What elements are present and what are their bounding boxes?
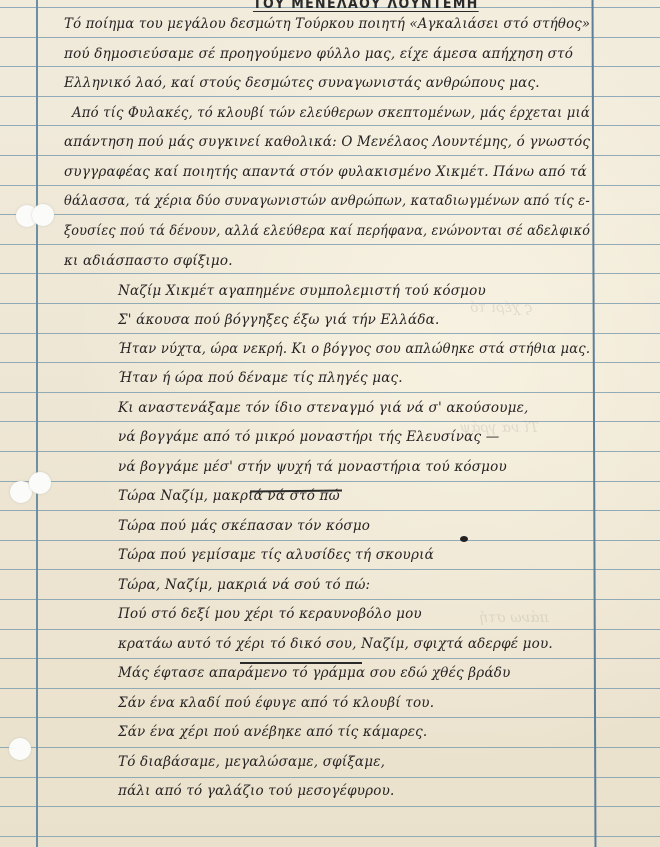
poem-line: Σ' άκουσα πού βόγγηξες έξω γιά τήν Ελλάδ… (118, 312, 439, 328)
ruled-line (0, 185, 660, 186)
ink-blot (460, 536, 468, 542)
poem-line: Τώρα πού γεμίσαμε τίς αλυσίδες τή σκουρι… (118, 547, 434, 563)
poem-line: κρατάω αυτό τό χέρι τό δικό σου, Ναζίμ, … (118, 636, 553, 652)
ruled-line (0, 96, 660, 97)
poem-line: Τώρα, Ναζίμ, μακριά νά σού τό πώ: (118, 577, 370, 593)
punch-hole (32, 204, 54, 226)
poem-line: Σάν ένα κλαδί πού έφυγε από τό κλουβί το… (118, 695, 434, 711)
poem-line: νά βογγάμε από τό μικρό μοναστήρι τής Ελ… (118, 429, 499, 445)
ruled-line (0, 214, 660, 215)
prose-line: συγγραφέας καί ποιητής απαντά στόν φυλακ… (64, 164, 587, 180)
punch-hole (29, 472, 51, 494)
ruled-line (0, 481, 660, 482)
ruled-line (0, 37, 660, 38)
poem-line: Ναζίμ Χικμέτ αγαπημένε συμπολεμιστή τού … (118, 283, 486, 299)
punch-hole (9, 738, 31, 760)
poem-line: πάλι από τό γαλάζιο τού μεσογέφυρου. (118, 783, 395, 799)
ruled-line (0, 125, 660, 126)
ruled-line (0, 806, 660, 807)
bleed-through: πάνω στή (480, 610, 549, 626)
prose-line: θάλασσα, τά χέρια δύο συναγωνιστών ανθρώ… (64, 193, 590, 209)
right-margin-line (592, 0, 597, 847)
prose-line: Ελληνικό λαό, καί στούς δεσμώτες συναγων… (64, 75, 540, 91)
ruled-line (0, 747, 660, 748)
poem-line: Σάν ένα χέρι πού ανέβηκε από τίς κάμαρες… (118, 724, 427, 740)
bleed-through: ς χέρι τό (470, 300, 533, 316)
ruled-line (0, 333, 660, 334)
ruled-line (0, 599, 660, 600)
poem-line: νά βογγάμε μέσ' στήν ψυχή τά μοναστήρια … (118, 459, 507, 475)
ruled-line (0, 510, 660, 511)
poem-line: Ήταν ή ώρα πού δέναμε τίς πληγές μας. (118, 370, 403, 386)
underline-mark (240, 662, 362, 664)
ruled-line (0, 688, 660, 689)
prose-line: απάντηση πού μάς συγκινεί καθολικά: Ο Με… (64, 134, 590, 150)
ruled-line (0, 155, 660, 156)
page-title: ΤΟΥ ΜΕΝΕΛΑΟΥ ΛΟΥΝΤΕΜΗ (253, 0, 479, 12)
poem-line: Τό διαβάσαμε, μεγαλώσαμε, σφίξαμε, (118, 754, 385, 770)
ruled-line (0, 540, 660, 541)
ruled-line (0, 66, 660, 67)
poem-line: Κι αναστενάξαμε τόν ίδιο στεναγμό γιά νά… (118, 400, 529, 416)
ruled-line (0, 777, 660, 778)
manuscript-page: ς χέρι τό Τί να γράψ πάνω στή ΤΟΥ ΜΕΝΕΛΑ… (0, 0, 660, 847)
ruled-line (0, 569, 660, 570)
poem-line: Πού στό δεξί μου χέρι τό κεραυνοβόλο μου (118, 606, 422, 622)
prose-line: πού δημοσιεύσαμε σέ προηγούμενο φύλλο μα… (64, 46, 573, 62)
ruled-line (0, 421, 660, 422)
ruled-line (0, 303, 660, 304)
poem-line: Τώρα πού μάς σκέπασαν τόν κόσμο (118, 518, 370, 534)
ruled-line (0, 629, 660, 630)
ruled-line (0, 658, 660, 659)
prose-line: κι αδιάσπαστο σφίξιμο. (64, 253, 233, 269)
ruled-line (0, 836, 660, 837)
poem-line: Μάς έφτασε απαράμενο τό γράμμα σου εδώ χ… (118, 665, 511, 681)
ruled-line (0, 273, 660, 274)
prose-line: Τό ποίημα του μεγάλου δεσμώτη Τούρκου πο… (64, 16, 590, 32)
prose-line: ξουσίες πού τά δένουν, αλλά ελεύθερα καί… (64, 223, 590, 239)
ruled-line (0, 717, 660, 718)
ruled-line (0, 392, 660, 393)
left-margin-line (36, 0, 38, 847)
ruled-line (0, 362, 660, 363)
poem-line: Ήταν νύχτα, ώρα νεκρή. Κι ο βόγγος σου α… (118, 341, 590, 357)
prose-line: Από τίς Φυλακές, τό κλουβί τών ελεύθερων… (72, 105, 590, 121)
ruled-line (0, 451, 660, 452)
ruled-line (0, 244, 660, 245)
